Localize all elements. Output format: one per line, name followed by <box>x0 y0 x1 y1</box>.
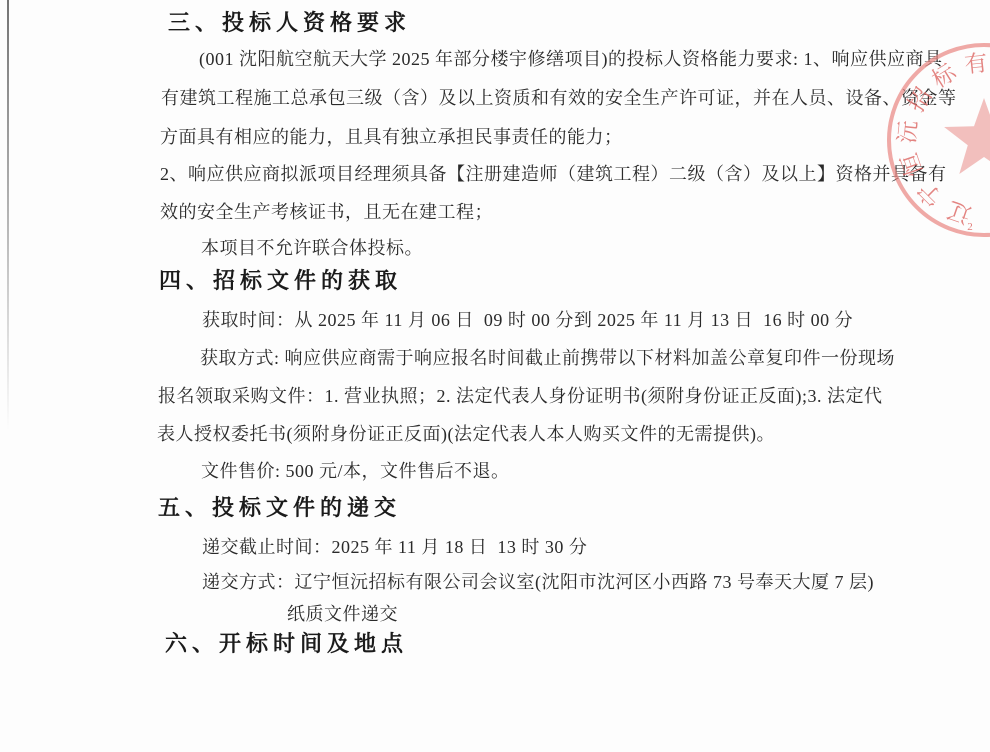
body-line: 有建筑工程施工总承包三级（含）及以上资质和有效的安全生产许可证，并在人员、设备、… <box>161 87 957 110</box>
body-line: 纸质文件递交 <box>287 603 398 626</box>
body-line: 获取方式: 响应供应商需于响应报名时间截止前携带以下材料加盖公章复印件一份现场 <box>200 347 895 370</box>
seal-char: 恒 <box>896 150 927 180</box>
section-heading-3: 三、投标人资格要求 <box>168 10 411 36</box>
seal-char: 有 <box>963 50 988 77</box>
seal-number: 2 <box>967 221 973 233</box>
body-line: 递交截止时间：2025 年 11 月 18 日 13 时 30 分 <box>202 536 587 559</box>
seal-star-icon <box>944 98 990 174</box>
body-line: 报名领取采购文件：1. 营业执照；2. 法定代表人身份证明书(须附身份证正反面)… <box>158 385 883 408</box>
section-heading-4: 四、招标文件的获取 <box>159 268 402 294</box>
body-line: 表人授权委托书(须附身份证正反面)(法定代表人本人购买文件的无需提供)。 <box>157 423 775 446</box>
body-line: 递交方式：辽宁恒沅招标有限公司会议室(沈阳市沈河区小西路 73 号奉天大厦 7 … <box>202 571 874 594</box>
seal-char: 标 <box>928 59 962 93</box>
scanned-tender-document-page: 三、投标人资格要求 (001 沈阳航空航天大学 2025 年部分楼宇修缮项目)的… <box>0 0 990 752</box>
seal-char: 沅 <box>894 119 921 144</box>
section-heading-6: 六、开标时间及地点 <box>165 631 408 657</box>
company-seal-stamp: 辽 宁 恒 沅 招 标 有 2 <box>870 24 990 256</box>
section-heading-5: 五、投标文件的递交 <box>158 495 401 521</box>
body-line: 2、响应供应商拟派项目经理须具备【注册建造师（建筑工程）二级（含）及以上】资格并… <box>160 163 947 186</box>
body-line: 本项目不允许联合体投标。 <box>201 237 423 260</box>
body-line: 文件售价: 500 元/本，文件售后不退。 <box>201 460 510 483</box>
scan-edge-artifact <box>7 0 9 430</box>
body-line: 获取时间：从 2025 年 11 月 06 日 09 时 00 分到 2025 … <box>202 309 853 332</box>
body-line: (001 沈阳航空航天大学 2025 年部分楼宇修缮项目)的投标人资格能力要求:… <box>199 48 943 71</box>
seal-char: 招 <box>903 84 936 117</box>
body-line: 方面具有相应的能力，且具有独立承担民事责任的能力； <box>160 126 623 149</box>
body-line: 效的安全生产考核证书，且无在建工程； <box>160 201 493 224</box>
